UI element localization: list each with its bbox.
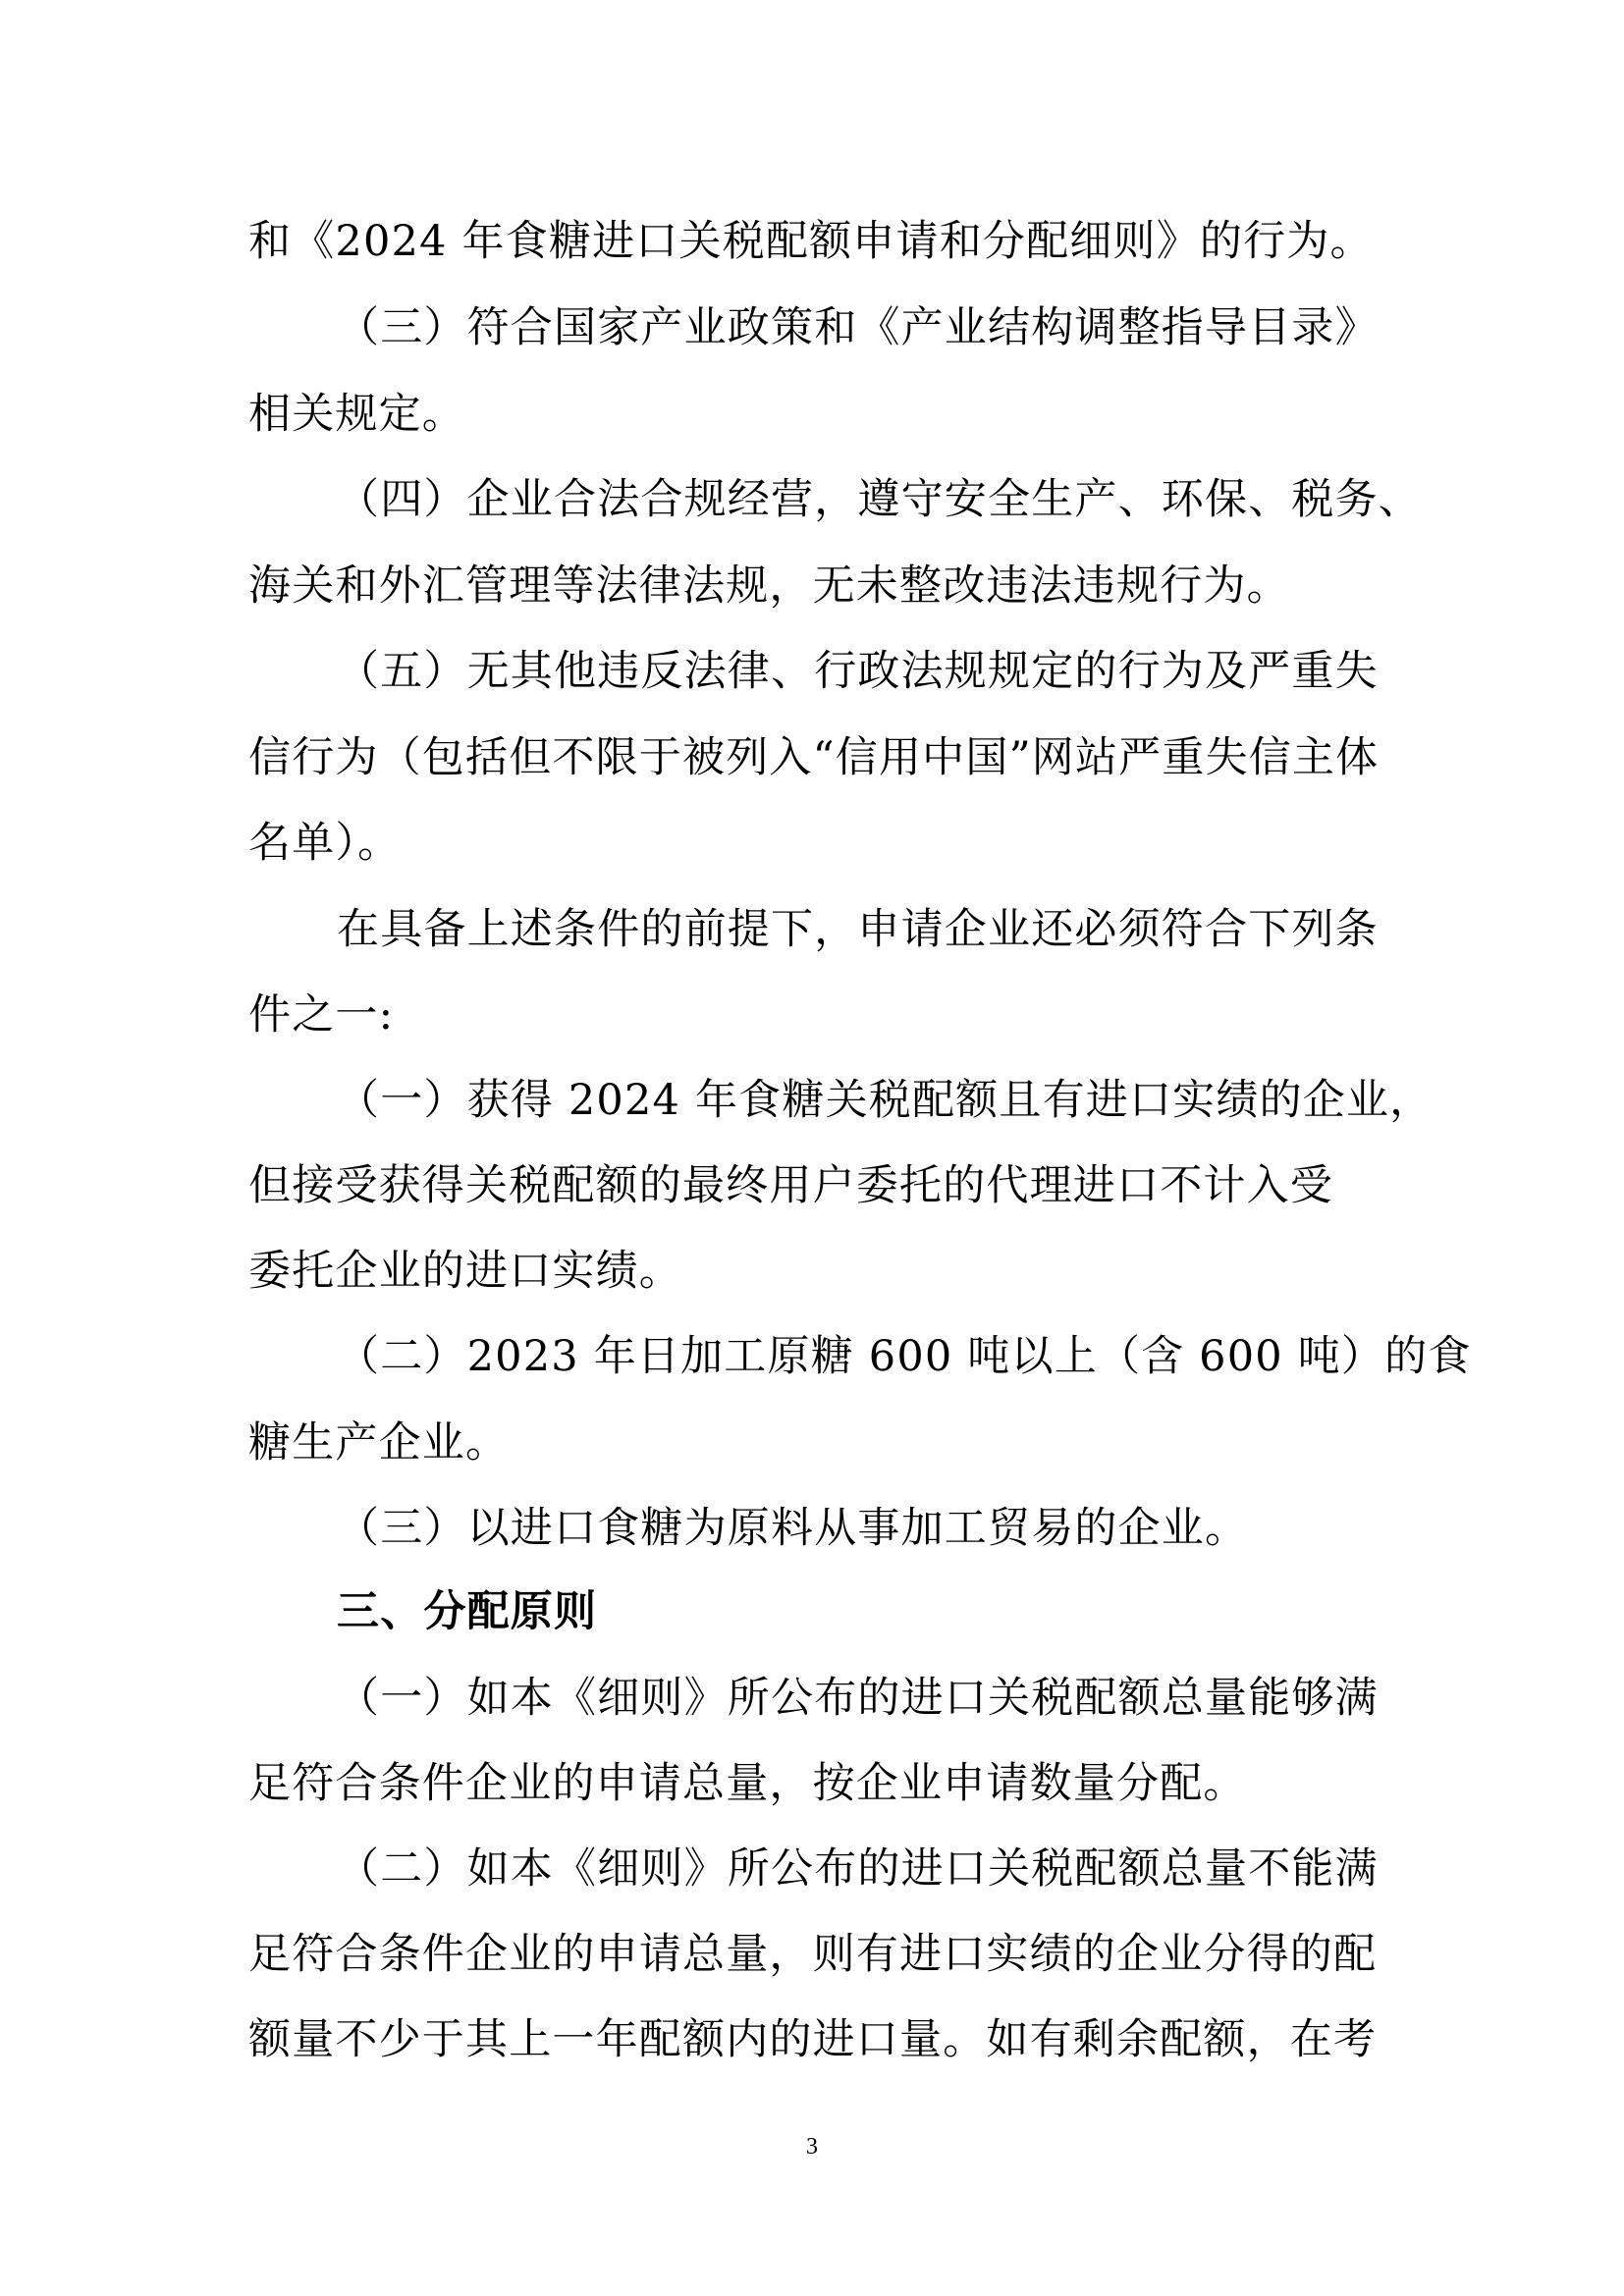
paragraph-line: 在具备上述条件的前提下，申请企业还必须符合下列条 — [337, 900, 1476, 959]
paragraph-line: （三）符合国家产业政策和《产业结构调整指导目录》 — [337, 298, 1476, 357]
document-page: 和《2024 年食糖进口关税配额申请和分配细则》的行为。 （三）符合国家产业政策… — [0, 0, 1624, 2296]
paragraph-line: 名单）。 — [248, 814, 1387, 873]
page-number: 3 — [795, 2132, 829, 2162]
paragraph-line: （一）如本《细则》所公布的进口关税配额总量能够满 — [337, 1669, 1476, 1728]
paragraph-line: 额量不少于其上一年配额内的进口量。如有剩余配额，在考 — [248, 2010, 1387, 2069]
paragraph-line: 足符合条件企业的申请总量，则有进口实绩的企业分得的配 — [248, 1925, 1387, 1984]
paragraph-line: 信行为（包括但不限于被列入“信用中国”网站严重失信主体 — [248, 728, 1387, 787]
paragraph-line: 糖生产企业。 — [248, 1414, 1387, 1472]
paragraph-line: 委托企业的进口实绩。 — [248, 1242, 1387, 1301]
paragraph-line: （一）获得 2024 年食糖关税配额且有进口实绩的企业， — [337, 1071, 1476, 1130]
paragraph-line: 但接受获得关税配额的最终用户委托的代理进口不计入受 — [248, 1156, 1387, 1215]
paragraph-line: 和《2024 年食糖进口关税配额申请和分配细则》的行为。 — [248, 212, 1387, 271]
paragraph-line: （二）2023 年日加工原糖 600 吨以上（含 600 吨）的食 — [337, 1327, 1476, 1386]
paragraph-line: （三）以进口食糖为原料从事加工贸易的企业。 — [337, 1499, 1476, 1558]
paragraph-line: （二）如本《细则》所公布的进口关税配额总量不能满 — [337, 1840, 1476, 1898]
section-heading: 三、分配原则 — [337, 1582, 1476, 1641]
paragraph-line: （四）企业合法合规经营，遵守安全生产、环保、税务、 — [337, 470, 1476, 529]
paragraph-line: 足符合条件企业的申请总量，按企业申请数量分配。 — [248, 1754, 1387, 1813]
paragraph-line: 件之一: — [248, 986, 1387, 1044]
paragraph-line: 海关和外汇管理等法律法规，无未整改违法违规行为。 — [248, 557, 1387, 615]
paragraph-line: （五）无其他违反法律、行政法规规定的行为及严重失 — [337, 642, 1476, 701]
paragraph-line: 相关规定。 — [248, 385, 1387, 444]
